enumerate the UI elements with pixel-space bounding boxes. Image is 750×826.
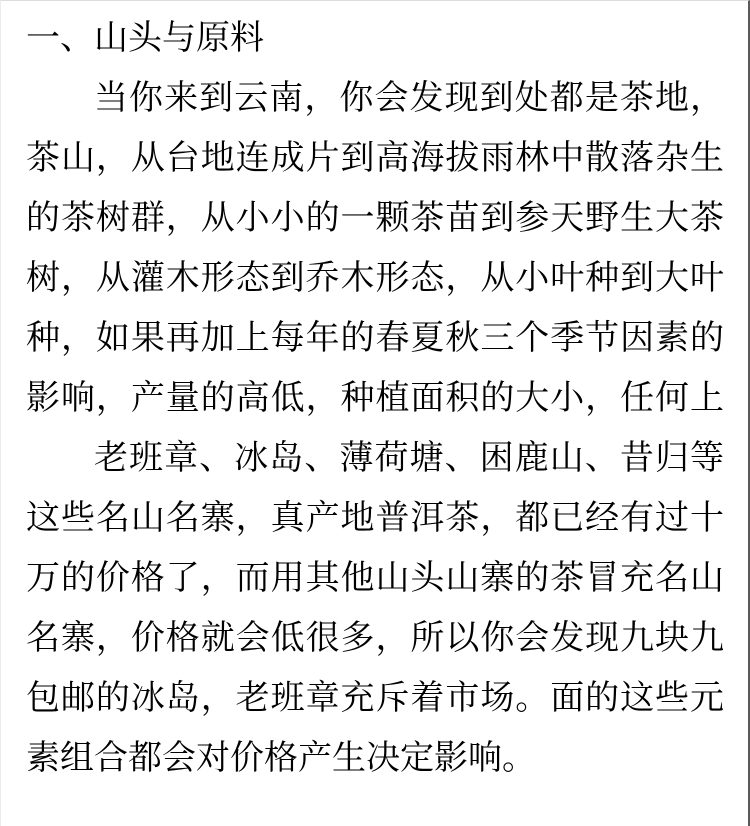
text-line: 这些名山名寨，真产地普洱茶，都已经有过十 (26, 489, 724, 549)
text-line: 影响，产量的高低，种植面积的大小，任何上 (26, 369, 724, 429)
text-line: 茶山，从台地连成片到高海拔雨林中散落杂生 (26, 129, 724, 189)
text-line: 名寨，价格就会低很多，所以你会发现九块九 (26, 609, 724, 669)
text-line: 素组合都会对价格产生决定影响。 (26, 729, 724, 789)
text-line: 老班章、冰岛、薄荷塘、困鹿山、昔归等 (26, 429, 724, 489)
document-page: 一、山头与原料 当你来到云南，你会发现到处都是茶地， 茶山，从台地连成片到高海拔… (0, 0, 750, 826)
text-line: 包邮的冰岛，老班章充斥着市场。面的这些元 (26, 669, 724, 729)
text-line: 的茶树群，从小小的一颗茶苗到参天野生大茶 (26, 189, 724, 249)
text-line: 树，从灌木形态到乔木形态，从小叶种到大叶 (26, 249, 724, 309)
text-line: 万的价格了，而用其他山头山寨的茶冒充名山 (26, 549, 724, 609)
text-line: 种，如果再加上每年的春夏秋三个季节因素的 (26, 309, 724, 369)
text-line: 当你来到云南，你会发现到处都是茶地， (26, 69, 724, 129)
section-heading: 一、山头与原料 (26, 9, 724, 69)
